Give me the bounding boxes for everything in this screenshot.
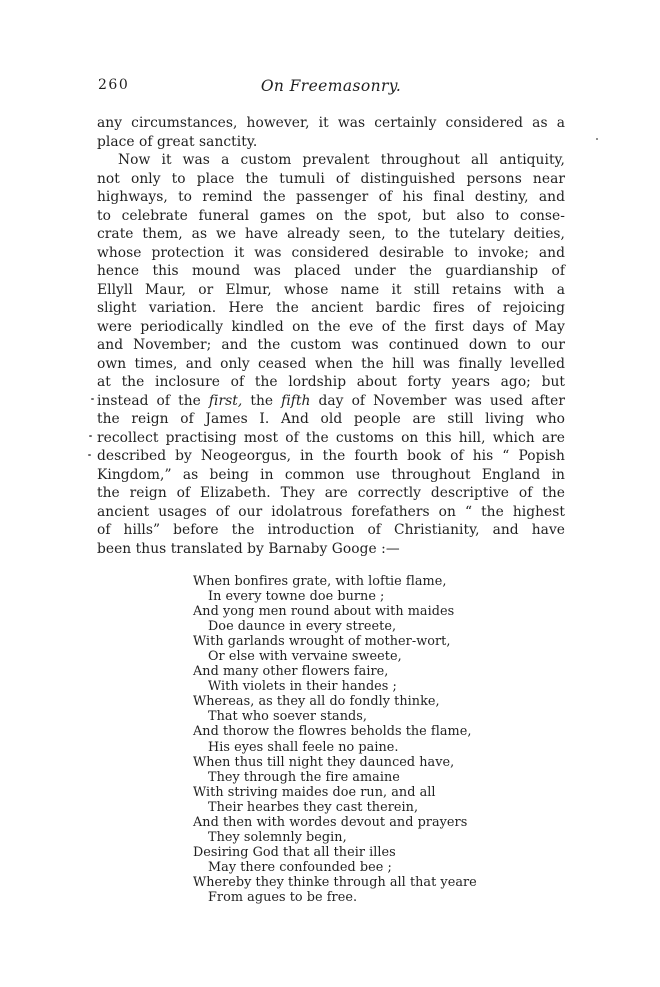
poem-line: In every towne doe burne ; bbox=[193, 589, 523, 604]
poem-line: With striving maides doe run, and all bbox=[193, 785, 523, 800]
poem-line: His eyes shall feele no paine. bbox=[193, 740, 523, 755]
poem-line: From agues to be free. bbox=[193, 890, 523, 905]
text-line: ancient usages of our idolatrous forefat… bbox=[97, 503, 565, 522]
poem-line: Desiring God that all their illes bbox=[193, 845, 523, 860]
poem-block: When bonfires grate, with loftie flame,I… bbox=[193, 574, 523, 905]
text-line: hence this mound was placed under the gu… bbox=[97, 262, 565, 281]
poem-line: They solemnly begin, bbox=[193, 830, 523, 845]
page-number: 260 bbox=[98, 77, 129, 93]
book-page: 260 On Freemasonry. any circumstances, h… bbox=[0, 0, 660, 987]
poem-line: When bonfires grate, with loftie flame, bbox=[193, 574, 523, 589]
text-line: any circumstances, however, it was certa… bbox=[97, 114, 565, 133]
text-line: of hills” before the introduction of Chr… bbox=[97, 521, 565, 540]
poem-line: Their hearbes they cast therein, bbox=[193, 800, 523, 815]
poem-line: May there confounded bee ; bbox=[193, 860, 523, 875]
text-line: not only to place the tumuli of distingu… bbox=[97, 170, 565, 189]
poem-line: Doe daunce in every streete, bbox=[193, 619, 523, 634]
scan-speck bbox=[88, 454, 91, 456]
scan-speck bbox=[91, 398, 94, 400]
poem-line: Whereas, as they all do fondly thinke, bbox=[193, 694, 523, 709]
text-line: instead of the first, the fifth day of N… bbox=[97, 392, 565, 411]
poem-line: And many other flowers faire, bbox=[193, 664, 523, 679]
poem-line: With violets in their handes ; bbox=[193, 679, 523, 694]
text-line: recollect practising most of the customs… bbox=[97, 429, 565, 448]
poem-line: And then with wordes devout and prayers bbox=[193, 815, 523, 830]
text-line: described by Neogeorgus, in the fourth b… bbox=[97, 447, 565, 466]
text-line: slight variation. Here the ancient bardi… bbox=[97, 299, 565, 318]
text-line: crate them, as we have already seen, to … bbox=[97, 225, 565, 244]
text-line: been thus translated by Barnaby Googe :— bbox=[97, 540, 565, 559]
text-line: to celebrate funeral games on the spot, … bbox=[97, 207, 565, 226]
poem-line: That who soever stands, bbox=[193, 709, 523, 724]
text-line: place of great sanctity. bbox=[97, 133, 565, 152]
text-line: own times, and only ceased when the hill… bbox=[97, 355, 565, 374]
text-line: Kingdom,” as being in common use through… bbox=[97, 466, 565, 485]
text-line: the reign of James I. And old people are… bbox=[97, 410, 565, 429]
text-line: Ellyll Maur, or Elmur, whose name it sti… bbox=[97, 281, 565, 300]
text-line: highways, to remind the passenger of his… bbox=[97, 188, 565, 207]
running-title: On Freemasonry. bbox=[97, 77, 565, 95]
main-paragraph-block: any circumstances, however, it was certa… bbox=[97, 114, 565, 558]
poem-line: They through the fire amaine bbox=[193, 770, 523, 785]
text-line: the reign of Elizabeth. They are correct… bbox=[97, 484, 565, 503]
poem-line: Whereby they thinke through all that yea… bbox=[193, 875, 523, 890]
text-line: whose protection it was considered desir… bbox=[97, 244, 565, 263]
page-header: 260 On Freemasonry. bbox=[97, 77, 565, 95]
text-line: at the inclosure of the lordship about f… bbox=[97, 373, 565, 392]
text-line: were periodically kindled on the eve of … bbox=[97, 318, 565, 337]
poem-line: Or else with vervaine sweete, bbox=[193, 649, 523, 664]
scan-speck bbox=[596, 138, 598, 140]
text-line: and November; and the custom was continu… bbox=[97, 336, 565, 355]
scan-speck bbox=[89, 435, 92, 437]
poem-line: When thus till night they daunced have, bbox=[193, 755, 523, 770]
poem-line: With garlands wrought of mother-wort, bbox=[193, 634, 523, 649]
poem-line: And thorow the flowres beholds the flame… bbox=[193, 724, 523, 739]
text-line: Now it was a custom prevalent throughout… bbox=[97, 151, 565, 170]
poem-line: And yong men round about with maides bbox=[193, 604, 523, 619]
